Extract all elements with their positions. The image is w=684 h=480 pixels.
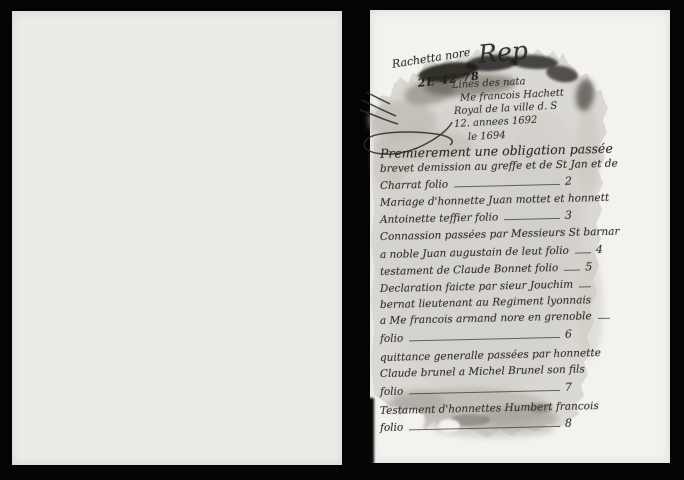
manuscript-entry: folio6 <box>380 328 572 346</box>
folio-number: 4 <box>596 243 603 256</box>
folio-rule <box>504 218 560 220</box>
spine-shadow <box>368 398 374 464</box>
entry-text: Charrat folio <box>380 178 448 193</box>
entry-text: folio <box>380 385 404 399</box>
manuscript-entry: Declaration faicte par sieur Jouchim <box>380 279 572 296</box>
left-blank-page <box>12 11 342 465</box>
manuscript-entry: brevet demission au greffe et de St Jan … <box>380 159 572 176</box>
folio-rule <box>409 337 560 341</box>
manuscript-entry: a Me francois armand nore en grenoble <box>380 311 572 328</box>
repertoire-entries: Premierement une obligation passéebrevet… <box>380 147 572 435</box>
folio-number: 5 <box>585 260 592 273</box>
folio-rule <box>409 426 560 430</box>
manuscript-entry: Mariage d'honnette Juan mottet et honnet… <box>380 193 572 210</box>
entry-text: Testament d'honnettes Humbert francois <box>380 400 599 418</box>
manuscript-entry: quittance generalle passées par honnette <box>380 348 572 365</box>
manuscript-entry: Premierement une obligation passée <box>380 143 572 160</box>
entry-text: testament de Claude Bonnet folio <box>380 262 559 279</box>
entry-text: bernat lieutenant au Regiment lyonnais <box>380 294 591 312</box>
entry-text: quittance generalle passées par honnette <box>380 347 601 365</box>
manuscript-entry: testament de Claude Bonnet folio5 <box>380 261 572 279</box>
manuscript-entry: folio7 <box>380 381 572 399</box>
entry-text: folio <box>380 421 404 435</box>
entry-text: a noble Juan augustain de leut folio <box>380 245 569 262</box>
entry-text: a Me francois armand nore en grenoble <box>380 310 592 328</box>
manuscript-entry: Charrat folio2 <box>380 175 572 193</box>
manuscript-entry: Claude brunel a Michel Brunel son fils <box>380 364 572 381</box>
entry-text: Claude brunel a Michel Brunel son fils <box>380 363 585 381</box>
folio-rule <box>454 184 560 187</box>
microfilm-scan: Rachetta nore 2E 42 78 Rep Lines des nat… <box>0 0 684 480</box>
manuscript-entry: bernat lieutenant au Regiment lyonnais <box>380 295 572 312</box>
manuscript-header-block: Lines des nataMe francois HachettRoyal d… <box>452 79 582 144</box>
manuscript-entry: a noble Juan augustain de leut folio4 <box>380 244 572 262</box>
folio-number: 6 <box>565 328 572 341</box>
manuscript-entry: Antoinette teffier folio3 <box>380 209 572 227</box>
manuscript-entry: Connassion passées par Messieurs St barn… <box>380 227 572 244</box>
entry-text: Declaration faicte par sieur Jouchim <box>380 279 573 296</box>
folio-number: 8 <box>565 417 572 430</box>
title-flourish-text: Rep <box>477 36 529 69</box>
folio-rule <box>409 390 560 394</box>
folio-number: 2 <box>565 175 572 188</box>
entry-text: Antoinette teffier folio <box>380 211 499 227</box>
folio-number: 7 <box>565 381 572 394</box>
manuscript-entry: Testament d'honnettes Humbert francois <box>380 401 572 418</box>
folio-number: 3 <box>565 209 572 222</box>
entry-text: folio <box>380 332 404 346</box>
manuscript-entry: folio8 <box>380 417 572 435</box>
